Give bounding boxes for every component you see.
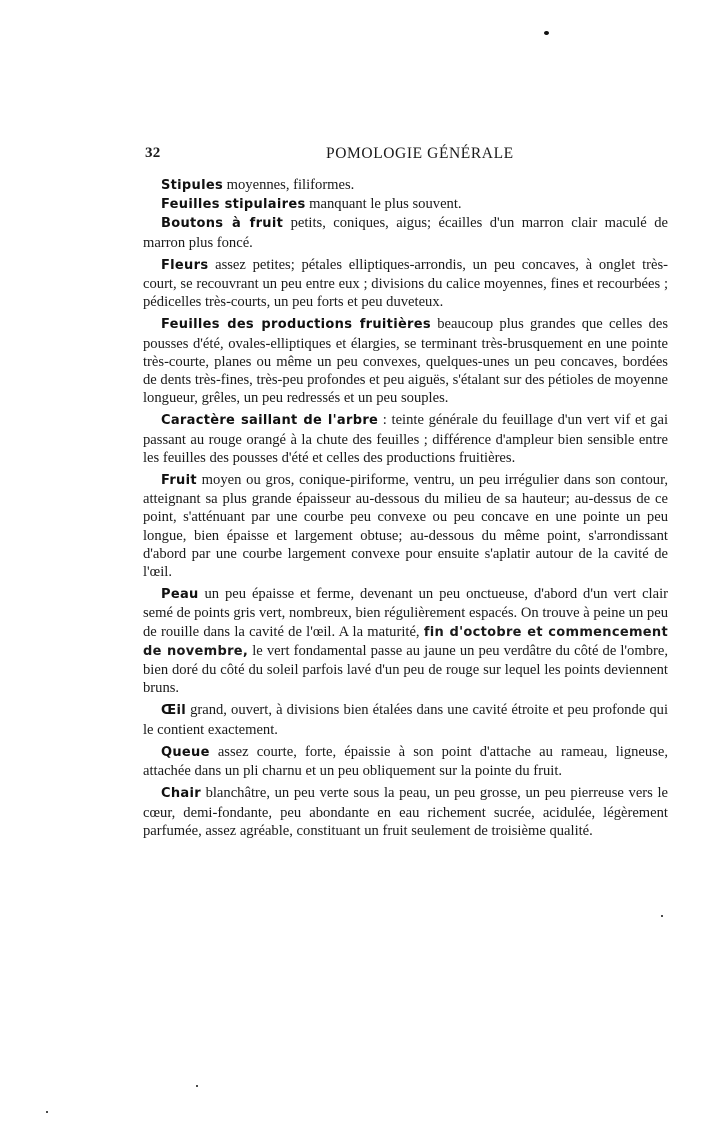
page-number: 32: [145, 145, 160, 162]
scan-speck: [196, 1085, 198, 1087]
entry-term: Fleurs: [161, 258, 208, 273]
entry-term: Chair: [161, 786, 201, 801]
entry-text: assez petites; pétales elliptiques-arron…: [143, 257, 668, 310]
entry-caractere-saillant: Caractère saillant de l'arbre : teinte g…: [143, 411, 668, 467]
scan-speck: [46, 1111, 48, 1113]
entry-text: assez courte, forte, épaissie à son poin…: [143, 744, 668, 779]
entry-queue: Queue assez courte, forte, épaissie à so…: [143, 743, 668, 780]
entry-term: Boutons à fruit: [161, 216, 283, 231]
entry-stipules: Stipules moyennes, filiformes.: [143, 176, 668, 195]
running-title: POMOLOGIE GÉNÉRALE: [326, 145, 514, 163]
entry-fleurs: Fleurs assez petites; pétales elliptique…: [143, 256, 668, 312]
entry-term: Caractère saillant de l'arbre: [161, 413, 378, 428]
entry-text: blanchâtre, un peu verte sous la peau, u…: [143, 785, 668, 838]
entry-fruit: Fruit moyen ou gros, conique-piriforme, …: [143, 471, 668, 581]
entry-feuilles-stipulaires: Feuilles stipulaires manquant le plus so…: [143, 195, 668, 214]
scan-speck: [661, 915, 663, 917]
entry-term: Feuilles des productions fruitières: [161, 317, 431, 332]
entry-text: grand, ouvert, à divisions bien étalées …: [143, 702, 668, 737]
entry-oeil: Œil grand, ouvert, à divisions bien étal…: [143, 701, 668, 738]
entry-term: Queue: [161, 745, 210, 760]
entry-peau: Peau un peu épaisse et ferme, devenant u…: [143, 585, 668, 697]
entry-term: Œil: [161, 703, 186, 718]
entry-text: manquant le plus souvent.: [306, 196, 462, 212]
entry-boutons-a-fruit: Boutons à fruit petits, coniques, aigus;…: [143, 214, 668, 251]
entry-text: moyen ou gros, conique-piriforme, ventru…: [143, 472, 668, 580]
entry-feuilles-productions-fruitieres: Feuilles des productions fruitières beau…: [143, 315, 668, 407]
entry-term: Peau: [161, 587, 199, 602]
book-page: 32 POMOLOGIE GÉNÉRALE Stipules moyennes,…: [143, 145, 668, 844]
entry-chair: Chair blanchâtre, un peu verte sous la p…: [143, 784, 668, 840]
entry-term: Stipules: [161, 178, 223, 193]
entry-term: Feuilles stipulaires: [161, 197, 306, 212]
entry-text: moyennes, filiformes.: [223, 177, 354, 193]
running-head: 32 POMOLOGIE GÉNÉRALE: [143, 145, 668, 167]
scan-speck: [544, 31, 549, 35]
entry-term: Fruit: [161, 473, 197, 488]
